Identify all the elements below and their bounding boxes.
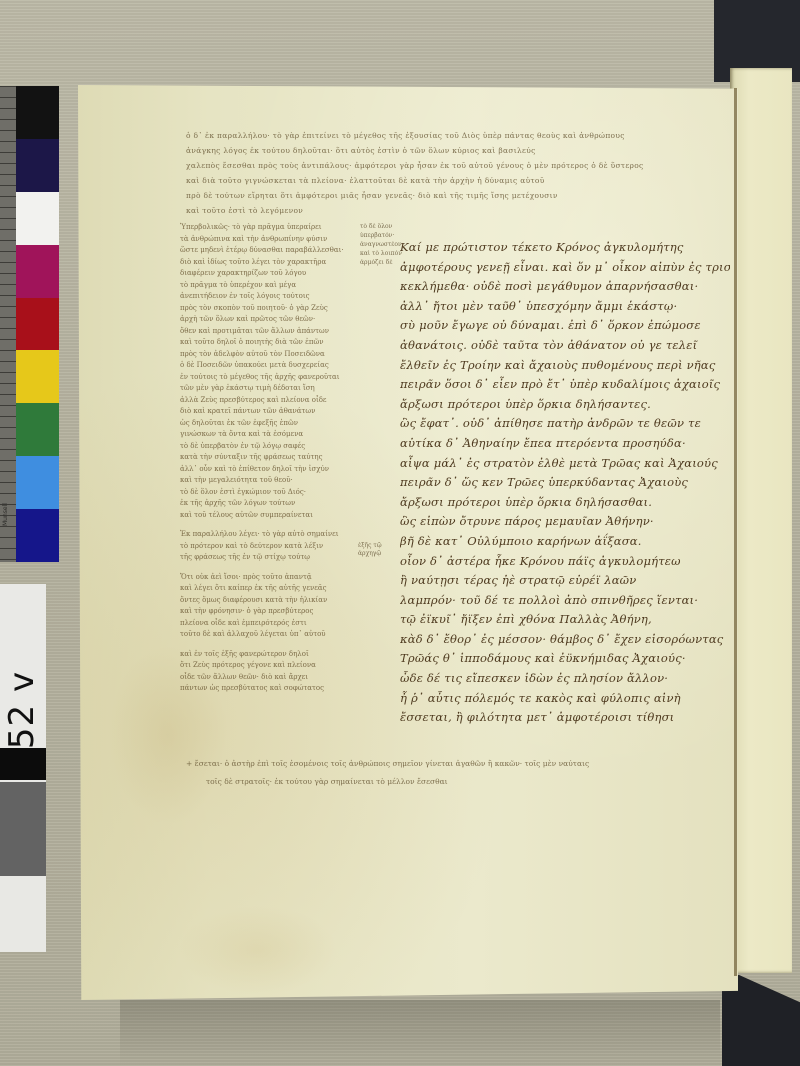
main-text-line: κεκλήμεθα· οὐδὲ ποσὶ μεγάθυμον ἀπαρνήσασ… [400, 277, 730, 297]
scholia-line: Ὑπερβολικῶς· τὸ γὰρ πρᾶγμα ὑπεραίρει [180, 222, 355, 234]
gray-patch-dark-gray [0, 782, 46, 876]
gutter-note-line: ὑπερβατόν· [360, 231, 405, 240]
scholia-line: διὸ καὶ κρατεῖ πάντων τῶν ἀθανάτων [180, 406, 355, 418]
scholia-line: τῆς φράσεως τῆς ἐν τῷ στίχῳ τούτῳ [180, 552, 355, 564]
main-text-line: ἢ ναύτῃσι τέρας ἠὲ στρατῷ εὐρέϊ λαῶν [400, 571, 730, 591]
scholia-line: τοῖς δὲ στρατοῖς· ἐκ τούτου γὰρ σημαίνετ… [186, 770, 706, 794]
main-text-line: ἔσσεται, ἢ φιλότητα μετ᾽ ἀμφοτέροισι τίθ… [400, 708, 730, 728]
main-text-line: ὧδε δέ τις εἴπεσκεν ἰδὼν ἐς πλησίον ἄλλο… [400, 669, 730, 689]
scholia-line: πλείονα οἶδε καὶ ἐμπειρότερός ἐστι [180, 618, 355, 630]
scholia-line: ὅτι Ζεὺς πρότερος γέγονε καὶ πλείονα [180, 660, 355, 672]
gutter-note-line: ἀρμόζει δὲ [360, 258, 405, 267]
color-patch-magenta [16, 245, 59, 298]
page-cast-shadow [120, 1000, 720, 1066]
main-text-line: ἄρξωσι πρότεροι ὑπὲρ ὅρκια δηλήσαντες. [400, 395, 730, 415]
color-patch-navy [16, 139, 59, 192]
main-text-line: αἶψα μάλ᾽ ἐς στρατὸν ἐλθὲ μετὰ Τρῶας καὶ… [400, 454, 730, 474]
gutter-note-line: ἀρχηγῷ [358, 550, 403, 558]
color-calibration-strip: Munsell [0, 86, 60, 562]
scholia-line: τὸ πρότερον καὶ τὸ δεύτερον κατὰ λέξιν [180, 541, 355, 553]
color-patch-black [16, 86, 59, 139]
main-text-line: σὺ μοῦν ἔγωγε οὐ δύναμαι. ἐπὶ δ᾽ ὅρκον ἐ… [400, 316, 730, 336]
color-patch-yellow [16, 350, 59, 403]
scholia-line: ἀνάγκης λόγος ἐκ τούτου δηλοῦται· ὅτι αὐ… [186, 143, 706, 158]
gray-patch-light-gray [0, 876, 46, 952]
scholia-line [180, 641, 355, 649]
scholia-line: καὶ διὰ τοῦτο γιγνώσκεται τὰ πλείονα· ἐλ… [186, 173, 706, 188]
bottom-marginal-scholia: + ἔσεται· ὁ ἀστὴρ ἐπὶ τοῖς ἐσομένοις τοῖ… [186, 752, 706, 794]
gray-patch-black [0, 748, 46, 780]
gutter-note-line: ἀναγνωστέον [360, 240, 405, 249]
main-text-line: κὰδ δ᾽ ἔθορ᾽ ἐς μέσσον· θάμβος δ᾽ ἔχεν ε… [400, 630, 730, 650]
interlinear-gutter-notes: τὸ δὲ ὅλονὑπερβατόν·ἀναγνωστέονκαὶ τὸ λο… [360, 222, 405, 267]
main-text-line: ὣς εἰπὼν ὄτρυνε πάρος μεμαυῖαν Ἀθήνην· [400, 512, 730, 532]
main-text-line: πειρᾶν ὅσοι δ᾽ εἶεν πρὸ ἔτ᾽ ὑπὲρ κυδαλίμ… [400, 375, 730, 395]
scholia-line: ὅθεν καὶ προτιμᾶται τῶν ἄλλων ἁπάντων [180, 326, 355, 338]
scholia-line: καὶ τοῦτο ἐστὶ τὸ λεγόμενον [186, 203, 706, 218]
gutter-note-line: καὶ τὸ λοιπόν [360, 249, 405, 258]
scholia-line: καὶ τὴν μεγαλειότητα τοῦ θεοῦ· [180, 475, 355, 487]
scholia-line [180, 521, 355, 529]
main-text-line: ἔλθεῖν ἐς Τροίην καὶ ἄχαιοὺς πυθομένους … [400, 356, 730, 376]
parchment-stain [178, 905, 338, 995]
scholia-line: καὶ ἐν τοῖς ἑξῆς φανερώτερον δηλοῖ [180, 649, 355, 661]
scholia-line: ἐκ τῆς ἀρχῆς τῶν λόγων τούτων [180, 498, 355, 510]
color-patches [16, 86, 59, 562]
gutter-note-line: τὸ δὲ ὅλον [360, 222, 405, 231]
color-patch-light-blue [16, 456, 59, 509]
page-gutter [734, 88, 737, 976]
main-text-line: οἷον δ᾽ ἀστέρα ἧκε Κρόνου πάϊς ἀγκυλομήτ… [400, 552, 730, 572]
main-text-line: ἀθανάτοις. οὐδὲ ταῦτα τὸν ἀθάνατον οὐ γε… [400, 336, 730, 356]
main-text-line: ἀμφοτέρους γενεῇ εἶναι. καὶ ὅν μ᾽ οἶκον … [400, 258, 730, 278]
scholia-line: καὶ λέγει ὅτι καίπερ ἐκ τῆς αὐτῆς γενεᾶς [180, 583, 355, 595]
main-text-line: βῆ δὲ κατ᾽ Οὐλύμποιο καρήνων ἀΐξασα. [400, 532, 730, 552]
scholia-line: ὡς δηλοῦται ἐκ τῶν ἐφεξῆς ἐπῶν [180, 418, 355, 430]
main-text-line: πειρᾶν δ᾽ ὥς κεν Τρῶες ὑπερκύδαντας Ἀχαι… [400, 473, 730, 493]
scholia-line: χαλεπὸς ἔσεσθαι πρὸς τοὺς ἀντιπάλους· ἀμ… [186, 158, 706, 173]
main-text-line: ἄρξωσι πρότεροι ὑπὲρ ὅρκια δηλήσασθαι. [400, 493, 730, 513]
left-marginal-scholia: Ὑπερβολικῶς· τὸ γὰρ πρᾶγμα ὑπεραίρειτὰ ἀ… [180, 222, 355, 695]
color-patch-white [16, 192, 59, 245]
top-marginal-scholia: ὁ δ᾽ ἐκ παραλλήλου· τὸ γὰρ ἐπιτείνει τὸ … [186, 128, 706, 218]
scholia-line: διαφέρειν χαρακτηρίζων τοῦ λόγου [180, 268, 355, 280]
scholia-line: οἶδε τῶν ἄλλων θεῶν· διὸ καὶ ἄρχει [180, 672, 355, 684]
color-patch-green [16, 403, 59, 456]
scholia-line: πρὸς τὸν ἀδελφὸν αὐτοῦ τὸν Ποσειδῶνα [180, 349, 355, 361]
scholia-line [180, 564, 355, 572]
scholia-line: ὥστε μηδενὶ ἑτέρῳ δύνασθαι παραβάλλεσθαι… [180, 245, 355, 257]
scholia-line: γινώσκων τὰ ὄντα καὶ τὰ ἐσόμενα [180, 429, 355, 441]
scholia-line: διὸ καὶ ἰδίως τοῦτο λέγει τὸν χαρακτῆρα [180, 257, 355, 269]
scholia-line: τῶν μὲν γὰρ ἑκάστῳ τιμὴ δέδοται ἴση [180, 383, 355, 395]
color-patch-red [16, 298, 59, 351]
main-text-line: τῷ ἐϊκυῖ᾽ ἤϊξεν ἐπὶ χθόνα Παλλὰς Ἀθήνη, [400, 610, 730, 630]
scholia-line: τὸ δὲ ὑπερβατὸν ἐν τῷ λόγῳ σαφές [180, 441, 355, 453]
interlinear-gutter-notes-lower: ἐξῆς τῷἀρχηγῷ [358, 542, 403, 558]
scholia-line: ἐν τούτοις τὸ μέγεθος τῆς ἀρχῆς φανεροῦτ… [180, 372, 355, 384]
adjacent-page-edge [730, 68, 792, 973]
ruler-label: Munsell [2, 503, 9, 526]
scholia-line: πάντων ὡς πρεσβύτατος καὶ σοφώτατος [180, 683, 355, 695]
scholia-line: πρὸς τὸν σκοπὸν τοῦ ποιητοῦ· ὁ γὰρ Ζεὺς [180, 303, 355, 315]
scholia-line: ὁ δὲ Ποσειδῶν ὑπακούει μετὰ δυσχερείας [180, 360, 355, 372]
main-text-line: Τρῶάς θ᾽ ἱπποδάμους καὶ ἐϋκνήμιδας Ἀχαιο… [400, 649, 730, 669]
main-text-line: αὐτίκα δ᾽ Ἀθηναίην ἔπεα πτερόεντα προσηύ… [400, 434, 730, 454]
scholia-line: ἀνεπιτήδειον ἐν τοῖς λόγοις τούτοις [180, 291, 355, 303]
main-text-line: Καί με πρώτιστον τέκετο Κρόνος ἀγκυλομήτ… [400, 238, 730, 258]
scholia-line: πρὸ δὲ τούτων εἴρηται ὅτι ἀμφότεροι μιᾶς… [186, 188, 706, 203]
scholia-line: καὶ τὴν φρόνησιν· ὁ γὰρ πρεσβύτερος [180, 606, 355, 618]
main-text-line: ἀλλ᾽ ἤτοι μὲν ταῦθ᾽ ὑπεσχόμην ἄμμι ἑκάστ… [400, 297, 730, 317]
scholia-line: κατὰ τὴν σύνταξιν τῆς φράσεως ταύτης [180, 452, 355, 464]
scholia-line: ὁ δ᾽ ἐκ παραλλήλου· τὸ γὰρ ἐπιτείνει τὸ … [186, 128, 706, 143]
main-text-line: ὣς ἔφατ᾽. οὐδ᾽ ἀπίθησε πατὴρ ἀνδρῶν τε θ… [400, 414, 730, 434]
main-text-column: Καί με πρώτιστον τέκετο Κρόνος ἀγκυλομήτ… [400, 238, 730, 728]
scholia-line: Ὅτι οὐκ ἀεὶ ἴσοι· πρὸς τοῦτο ἀπαντᾷ [180, 572, 355, 584]
folio-label: 52 v [2, 670, 42, 750]
scholia-line: τὰ ἀνθρώπινα καὶ τὴν ἀνθρωπίνην φύσιν [180, 234, 355, 246]
scholia-line: καὶ τοῦτο δηλοῖ ὁ ποιητὴς διὰ τῶν ἐπῶν [180, 337, 355, 349]
scholia-line: καὶ τοῦ τέλους αὐτῶν συμπεραίνεται [180, 510, 355, 522]
scholia-line: ἀλλὰ Ζεὺς πρεσβύτερος καὶ πλείονα οἶδε [180, 395, 355, 407]
scholia-line: τὸ δὲ ὅλον ἐστὶ ἐγκώμιον τοῦ Διός· [180, 487, 355, 499]
scholia-line: τοῦτο δὲ καὶ ἀλλαχοῦ λέγεται ὑπ᾽ αὐτοῦ [180, 629, 355, 641]
scholia-line: ἀλλ᾽ οὖν καὶ τὸ ἐπίθετον δηλοῖ τὴν ἰσχύν [180, 464, 355, 476]
color-patch-dark-blue [16, 509, 59, 562]
gutter-note-line: ἐξῆς τῷ [358, 542, 403, 550]
scholia-line: ἀρχὴ τῶν ὅλων καὶ πρῶτος τῶν θεῶν· [180, 314, 355, 326]
scholia-line: Ἐκ παραλλήλου λέγει· τὸ γὰρ αὐτὸ σημαίνε… [180, 529, 355, 541]
scholia-line: τὸ πρᾶγμα τὸ ὑπερέχον καὶ μέγα [180, 280, 355, 292]
main-text-line: ἦ ῥ᾽ αὖτις πόλεμός τε κακὸς καὶ φύλοπις … [400, 689, 730, 709]
main-text-line: λαμπρόν· τοῦ δέ τε πολλοὶ ἀπὸ σπινθῆρες … [400, 591, 730, 611]
scholia-line: ὄντες ὅμως διαφέρουσι κατὰ τὴν ἡλικίαν [180, 595, 355, 607]
